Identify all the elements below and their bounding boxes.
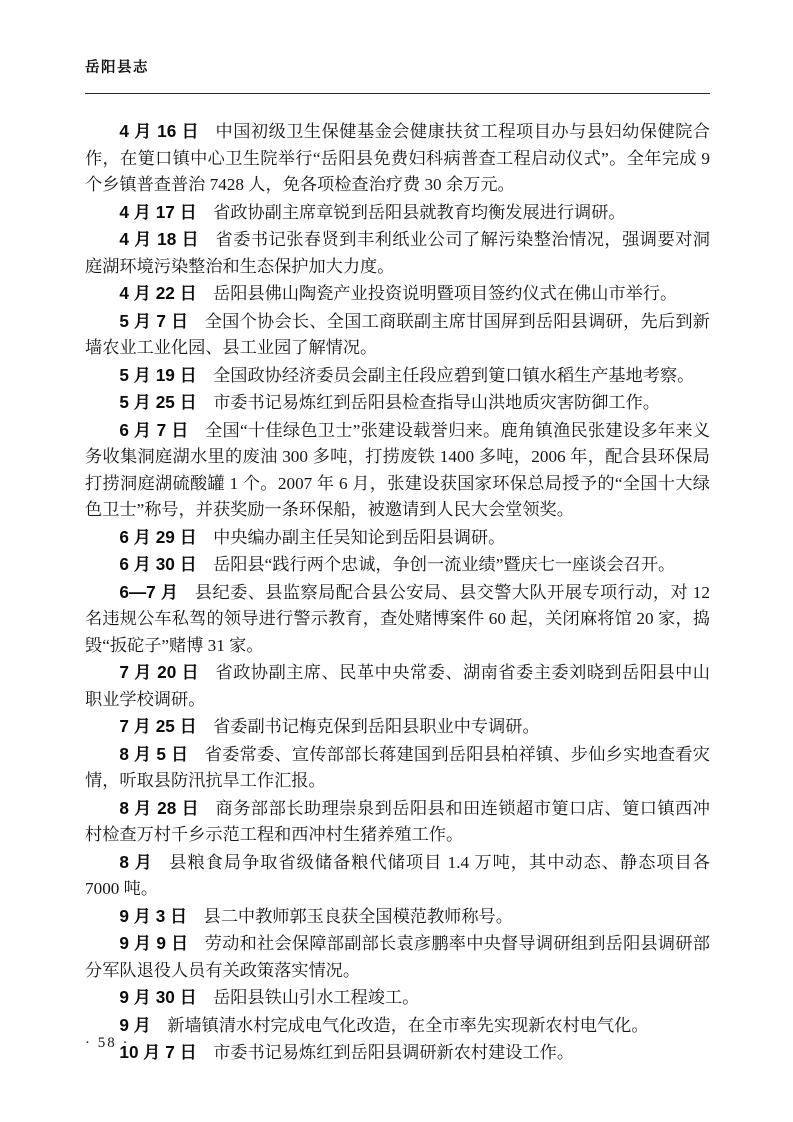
entry-date: 5 月 19 日: [119, 365, 196, 385]
entry-date: 8 月: [119, 852, 153, 872]
entry: 8 月 28 日商务部部长助理崇泉到岳阳县和田连锁超市筻口店、筻口镇西冲村检查万…: [85, 795, 710, 849]
entry: 4 月 22 日岳阳县佛山陶瓷产业投资说明暨项目签约仪式在佛山市举行。: [85, 280, 710, 308]
entry: 4 月 17 日省政协副主席章锐到岳阳县就教育均衡发展进行调研。: [85, 199, 710, 227]
entry: 4 月 16 日中国初级卫生保健基金会健康扶贫工程项目办与县妇幼保健院合作，在筻…: [85, 118, 710, 199]
entry-date: 4 月 22 日: [119, 283, 196, 303]
entry-text: 新墙镇清水村完成电气化改造，在全市率先实现新农村电气化。: [167, 1016, 648, 1035]
book-title: 岳阳县志: [85, 56, 710, 77]
page-footer: · 58 ·: [85, 1035, 130, 1052]
entry-text: 县二中教师郭玉良获全国模范教师称号。: [204, 907, 513, 926]
entry: 10 月 7 日市委书记易炼红到岳阳县调研新农村建设工作。: [85, 1039, 710, 1067]
entry-text: 省委副书记梅克保到岳阳县职业中专调研。: [213, 717, 540, 736]
entry-text: 县粮食局争取省级储备粮代储项目 1.4 万吨，其中动态、静态项目各 7000 吨…: [85, 853, 710, 899]
entry-text: 市委书记易炼红到岳阳县检查指导山洪地质灾害防御工作。: [213, 393, 660, 412]
entry-date: 4 月 18 日: [119, 229, 199, 249]
page-header: 岳阳县志: [85, 56, 710, 94]
entry: 9 月 3 日县二中教师郭玉良获全国模范教师称号。: [85, 903, 710, 931]
entry: 5 月 19 日全国政协经济委员会副主任段应碧到筻口镇水稻生产基地考察。: [85, 362, 710, 390]
entry: 7 月 25 日省委副书记梅克保到岳阳县职业中专调研。: [85, 713, 710, 741]
entry-text: 岳阳县佛山陶瓷产业投资说明暨项目签约仪式在佛山市举行。: [213, 284, 677, 303]
entry: 5 月 7 日全国个协会长、全国工商联副主席甘国屏到岳阳县调研，先后到新墙农业工…: [85, 308, 710, 362]
entry: 9 月新墙镇清水村完成电气化改造，在全市率先实现新农村电气化。: [85, 1012, 710, 1040]
entry-date: 7 月 25 日: [119, 716, 196, 736]
entry-text: 中央编办副主任吴知论到岳阳县调研。: [213, 528, 505, 547]
entry-date: 6—7 月: [119, 582, 178, 602]
chronicle-entries: 4 月 16 日中国初级卫生保健基金会健康扶贫工程项目办与县妇幼保健院合作，在筻…: [85, 118, 710, 1067]
entry-date: 7 月 20 日: [119, 662, 199, 682]
entry: 9 月 30 日岳阳县铁山引水工程竣工。: [85, 984, 710, 1012]
entry: 8 月 5 日省委常委、宣传部部长蒋建国到岳阳县柏祥镇、步仙乡实地查看灾情，听取…: [85, 741, 710, 795]
entry-date: 8 月 28 日: [119, 798, 199, 818]
header-rule: [85, 93, 710, 94]
entry-date: 6 月 7 日: [119, 420, 188, 440]
entry-date: 10 月 7 日: [119, 1042, 196, 1062]
entry-text: 省政协副主席章锐到岳阳县就教育均衡发展进行调研。: [213, 203, 626, 222]
entry-date: 9 月 3 日: [119, 906, 187, 926]
entry: 9 月 9 日劳动和社会保障部副部长袁彦鹏率中央督导调研组到岳阳县调研部分军队退…: [85, 930, 710, 984]
entry: 8 月县粮食局争取省级储备粮代储项目 1.4 万吨，其中动态、静态项目各 700…: [85, 849, 710, 903]
entry: 7 月 20 日省政协副主席、民革中央常委、湖南省委主委刘晓到岳阳县中山职业学校…: [85, 659, 710, 713]
entry-date: 6 月 29 日: [119, 527, 196, 547]
entry-date: 5 月 25 日: [119, 392, 196, 412]
entry-text: 市委书记易炼红到岳阳县调研新农村建设工作。: [213, 1043, 574, 1062]
document-page: 岳阳县志 4 月 16 日中国初级卫生保健基金会健康扶贫工程项目办与县妇幼保健院…: [0, 0, 793, 1122]
entry-date: 9 月: [119, 1015, 151, 1035]
entry-date: 9 月 9 日: [119, 933, 188, 953]
entry: 5 月 25 日市委书记易炼红到岳阳县检查指导山洪地质灾害防御工作。: [85, 389, 710, 417]
entry-text: 岳阳县铁山引水工程竣工。: [213, 988, 419, 1007]
entry-date: 4 月 16 日: [119, 121, 199, 141]
entry-date: 4 月 17 日: [119, 202, 196, 222]
entry-date: 8 月 5 日: [119, 744, 188, 764]
entry-text: 岳阳县“践行两个忠诚，争创一流业绩”暨庆七一座谈会召开。: [213, 555, 675, 574]
entry: 6 月 30 日岳阳县“践行两个忠诚，争创一流业绩”暨庆七一座谈会召开。: [85, 551, 710, 579]
entry-date: 9 月 30 日: [119, 987, 196, 1007]
entry: 6 月 29 日中央编办副主任吴知论到岳阳县调研。: [85, 524, 710, 552]
entry: 6 月 7 日全国“十佳绿色卫士”张建设载誉归来。鹿角镇渔民张建设多年来义务收集…: [85, 417, 710, 524]
entry-text: 全国政协经济委员会副主任段应碧到筻口镇水稻生产基地考察。: [213, 366, 694, 385]
entry: 6—7 月县纪委、县监察局配合县公安局、县交警大队开展专项行动，对 12 名违规…: [85, 579, 710, 660]
entry-date: 6 月 30 日: [119, 554, 196, 574]
entry: 4 月 18 日省委书记张春贤到丰利纸业公司了解污染整治情况，强调要对洞庭湖环境…: [85, 226, 710, 280]
page-number: · 58 ·: [85, 1035, 130, 1051]
entry-date: 5 月 7 日: [119, 311, 188, 331]
